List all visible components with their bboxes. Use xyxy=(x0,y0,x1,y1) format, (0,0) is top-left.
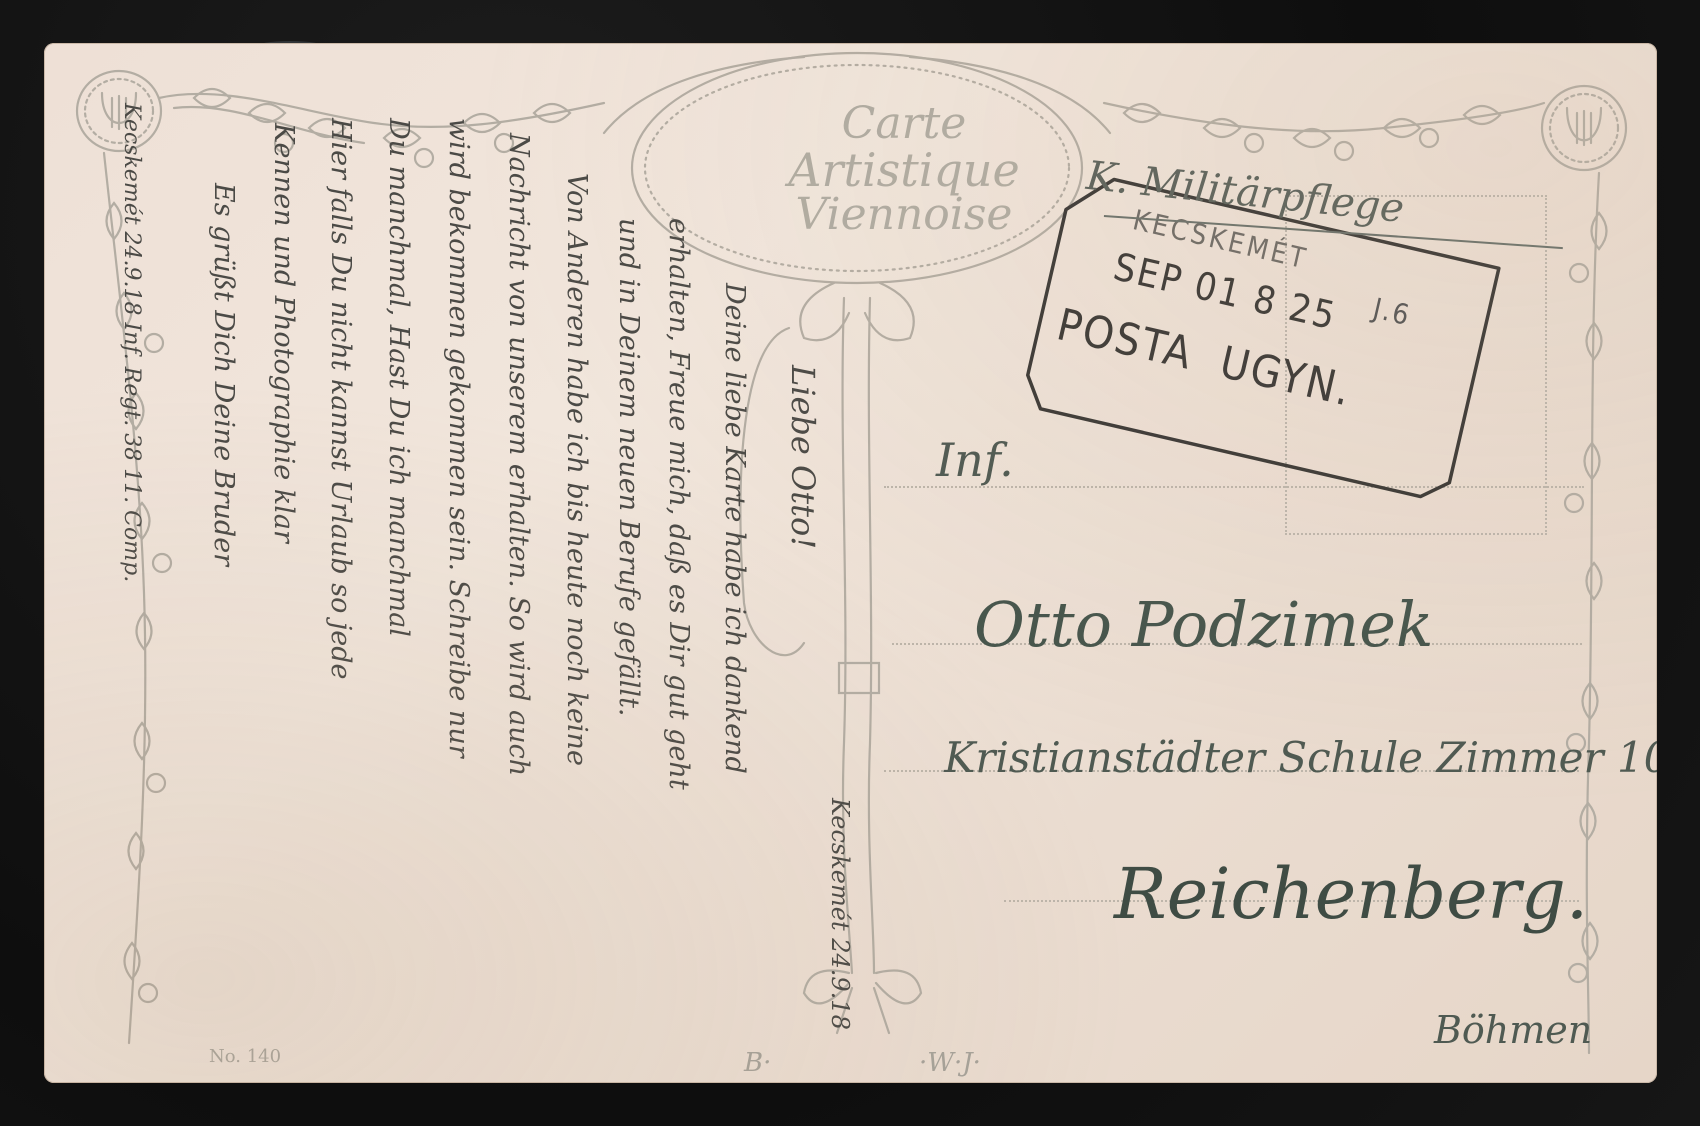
print-number: No. 140 xyxy=(209,1046,281,1067)
address-rank: Inf. xyxy=(936,433,1014,487)
message-line: Kecskemét 24.9.18 Inf. Regt. 38 11. Comp… xyxy=(119,103,144,582)
message-line: erhalten, Freue mich, daß es Dir gut geh… xyxy=(663,218,694,790)
title-line-1: Carte xyxy=(684,101,1124,147)
message-line: Du manchmal, Hast Du ich manchmal xyxy=(383,118,414,637)
message-line: Kennen und Photographie klar xyxy=(268,123,299,543)
postcard: Carte Artistique Viennoise KECSKEMÉT SEP… xyxy=(44,43,1657,1083)
message-line: Hier falls Du nicht kannst Urlaub so jed… xyxy=(325,118,356,680)
message-place-date: Kecskemét 24.9.18 xyxy=(826,798,854,1030)
message-line: Von Anderen habe ich bis heute noch kein… xyxy=(561,173,592,766)
address-street: Kristianstädter Schule Zimmer 10 xyxy=(944,733,1657,782)
message-line: Es grüßt Dich Deine Bruder xyxy=(208,183,239,566)
address-region: Böhmen xyxy=(1434,1008,1592,1052)
artist-monogram: ·W·J· xyxy=(919,1048,981,1078)
message-line: Deine liebe Karte habe ich dankend xyxy=(719,283,750,774)
publisher-monogram: B· xyxy=(744,1048,771,1078)
message-line: Nachricht von unserem erhalten. So wird … xyxy=(503,133,534,776)
message-line: wird bekommen gekommen sein. Schreibe nu… xyxy=(443,118,474,758)
title-line-2: Artistique xyxy=(684,147,1124,193)
address-city: Reichenberg. xyxy=(1114,853,1588,935)
message-line: und in Deinem neuen Berufe gefällt. xyxy=(613,218,644,717)
message-greeting: Liebe Otto! xyxy=(784,365,822,549)
address-name: Otto Podzimek xyxy=(974,588,1433,661)
